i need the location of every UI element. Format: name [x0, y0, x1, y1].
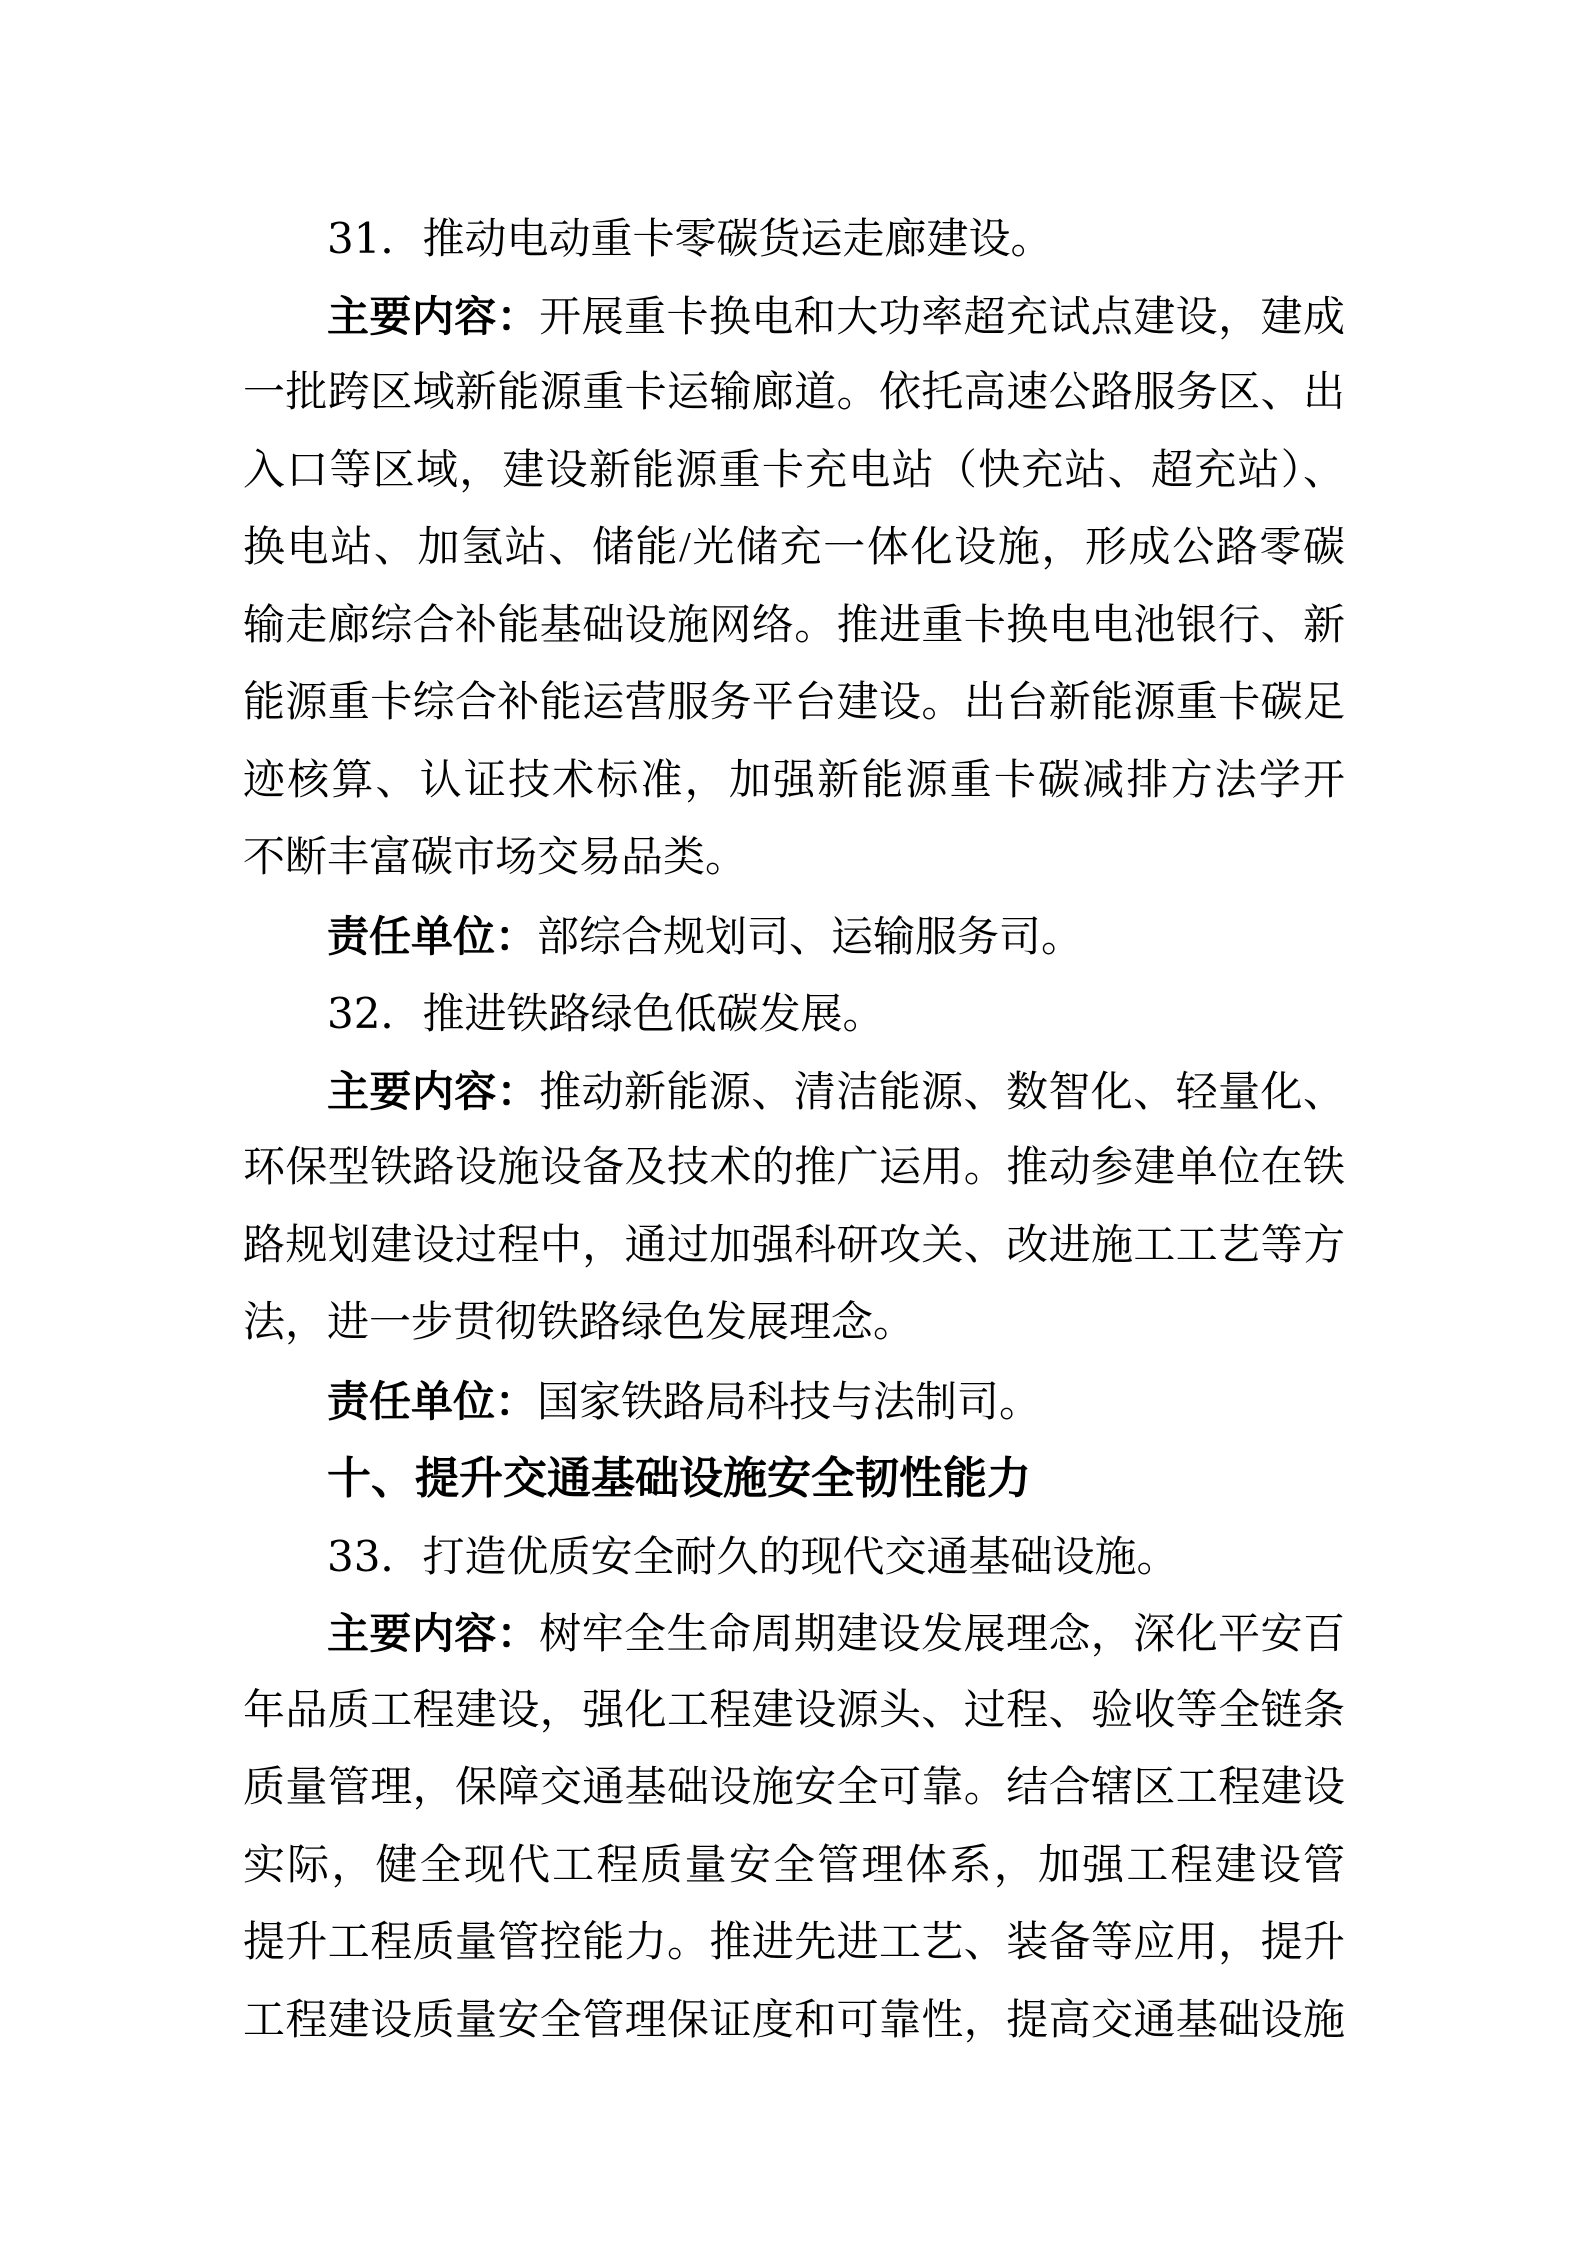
item-31-content-line: 主要内容：开展重卡换电和大功率超充试点建设，建成 [243, 278, 1345, 356]
line-text: 树牢全生命周期建设发展理念，深化平安百 [539, 1612, 1345, 1658]
item-32-content-line: 环保型铁路设施设备及技术的推广运用。推动参建单位在铁 [243, 1130, 1345, 1208]
item-33-content-line: 年品质工程建设，强化工程建设源头、过程、验收等全链条 [243, 1673, 1345, 1751]
item-32-content-line: 主要内容：推动新能源、清洁能源、数智化、轻量化、 [243, 1053, 1345, 1131]
item-31-content-line: 能源重卡综合补能运营服务平台建设。出台新能源重卡碳足 [243, 665, 1345, 743]
document-page: 31．推动电动重卡零碳货运走廊建设。 主要内容：开展重卡换电和大功率超充试点建设… [0, 0, 1587, 2245]
main-content-label: 主要内容： [327, 1609, 539, 1658]
item-31-content-line: 换电站、加氢站、储能/光储充一体化设施，形成公路零碳运 [243, 510, 1345, 588]
responsible-unit-label: 责任单位： [327, 1377, 537, 1426]
section-10-heading: 十、提升交通基础设施安全韧性能力 [243, 1440, 1345, 1518]
item-32-content-line: 法，进一步贯彻铁路绿色发展理念。 [243, 1285, 1345, 1363]
item-31-content-line: 不断丰富碳市场交易品类。 [243, 820, 1345, 898]
line-text: 推动新能源、清洁能源、数智化、轻量化、 [539, 1070, 1345, 1116]
line-text: 部综合规划司、运输服务司。 [537, 915, 1083, 961]
responsible-unit-label: 责任单位： [327, 912, 537, 961]
main-content-label: 主要内容： [327, 1067, 539, 1116]
main-content-label: 主要内容： [327, 292, 539, 341]
item-31-responsible-unit-line: 责任单位：部综合规划司、运输服务司。 [243, 898, 1345, 976]
item-31-content-line: 入口等区域，建设新能源重卡充电站（快充站、超充站）、 [243, 433, 1345, 511]
item-33-content-line: 工程建设质量安全管理保证度和可靠性，提高交通基础设施 [243, 1983, 1345, 2061]
item-33-content-line: 实际，健全现代工程质量安全管理体系，加强工程建设管理， [243, 1828, 1345, 1906]
line-text: 国家铁路局科技与法制司。 [537, 1380, 1041, 1426]
item-31-content-line: 输走廊综合补能基础设施网络。推进重卡换电电池银行、新 [243, 588, 1345, 666]
item-32-title: 32．推进铁路绿色低碳发展。 [243, 975, 1345, 1053]
item-31-title: 31．推动电动重卡零碳货运走廊建设。 [243, 200, 1345, 278]
item-33-content-line: 提升工程质量管控能力。推进先进工艺、装备等应用，提升 [243, 1905, 1345, 1983]
item-31-content-line: 一批跨区域新能源重卡运输廊道。依托高速公路服务区、出 [243, 355, 1345, 433]
line-text: 开展重卡换电和大功率超充试点建设，建成 [539, 295, 1345, 341]
item-33-content-line: 质量管理，保障交通基础设施安全可靠。结合辖区工程建设 [243, 1750, 1345, 1828]
item-31-content-line: 迹核算、认证技术标准，加强新能源重卡碳减排方法学开发， [243, 743, 1345, 821]
item-33-title: 33．打造优质安全耐久的现代交通基础设施。 [243, 1518, 1345, 1596]
item-32-content-line: 路规划建设过程中，通过加强科研攻关、改进施工工艺等方 [243, 1208, 1345, 1286]
item-32-responsible-unit-line: 责任单位：国家铁路局科技与法制司。 [243, 1363, 1345, 1441]
item-33-content-line: 主要内容：树牢全生命周期建设发展理念，深化平安百 [243, 1595, 1345, 1673]
